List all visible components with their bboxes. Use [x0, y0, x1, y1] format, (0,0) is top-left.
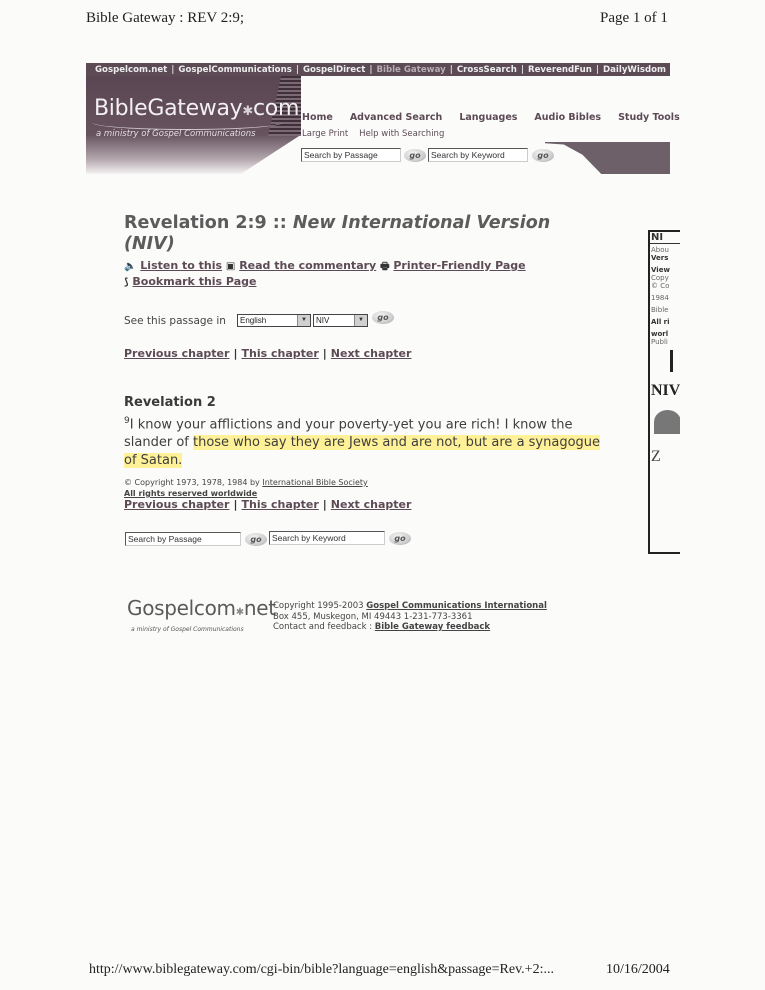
listen-link[interactable]: Listen to this	[140, 259, 222, 272]
speaker-icon: 🔈	[124, 261, 136, 272]
network-link-gospelcom[interactable]: Gospelcom.net	[95, 65, 167, 75]
verse-text-highlighted: those who say they are Jews and are not,…	[124, 435, 600, 468]
commentary-link[interactable]: Read the commentary	[239, 259, 376, 272]
network-link-gospelcommunications[interactable]: GospelCommunications	[178, 65, 291, 75]
footer-address: Box 455, Muskegon, MI 49443 1-231-773-33…	[273, 612, 473, 622]
ibs-link[interactable]: International Bible Society	[262, 478, 367, 487]
separator: |	[323, 347, 327, 360]
footer-passage-search-input[interactable]: Search by Passage	[125, 532, 241, 546]
globe-icon[interactable]	[654, 410, 680, 434]
sidebar-line: Abou	[650, 246, 680, 254]
header-keyword-go-button[interactable]: go	[532, 149, 554, 162]
print-header-page: Page 1 of 1	[600, 10, 668, 27]
print-footer-date: 10/16/2004	[606, 962, 670, 978]
network-link-biblegateway[interactable]: Bible Gateway	[376, 65, 445, 75]
header-band	[545, 142, 670, 174]
sub-nav: Large Print Help with Searching	[302, 129, 444, 139]
nav-advanced-search[interactable]: Advanced Search	[350, 112, 442, 123]
footer-keyword-search-input[interactable]: Search by Keyword	[269, 531, 385, 545]
header-passage-search-input[interactable]: Search by Passage	[301, 148, 401, 162]
footer-info: Copyright 1995-2003 Gospel Communication…	[273, 601, 547, 633]
separator: |	[233, 347, 237, 360]
sidebar-line: Bible	[650, 306, 680, 314]
logo-suffix: com	[253, 96, 299, 121]
nav-help-searching[interactable]: Help with Searching	[359, 129, 444, 139]
sidebar-line: Publi	[650, 338, 680, 346]
network-bar: Gospelcom.net| GospelCommunications| Gos…	[86, 63, 670, 76]
separator: |	[450, 65, 453, 75]
sidebar-line: Copy	[650, 274, 680, 282]
print-footer-url: http://www.biblegateway.com/cgi-bin/bibl…	[89, 962, 554, 978]
chapter-nav-top: Previous chapter|This chapter|Next chapt…	[124, 347, 411, 360]
bible-copyright: © Copyright 1973, 1978, 1984 by Internat…	[124, 477, 368, 499]
network-link-dailywisdom[interactable]: DailyWisdom	[603, 65, 666, 75]
passage-tools: 🔈 Listen to this ▣ Read the commentary 🖶…	[124, 258, 526, 290]
sidebar-line: worl	[650, 330, 680, 338]
page-title: Revelation 2:9 :: New International Vers…	[124, 213, 584, 255]
header-keyword-search-input[interactable]: Search by Keyword	[428, 148, 528, 162]
gospelcom-tagline: a ministry of Gospel Communications	[131, 626, 244, 633]
star-icon: ✱	[242, 104, 253, 119]
footer-passage-go-button[interactable]: go	[245, 533, 267, 546]
feedback-link[interactable]: Bible Gateway feedback	[375, 622, 490, 632]
footer-copyright: Copyright 1995-2003	[273, 601, 366, 611]
separator: |	[521, 65, 524, 75]
nav-home[interactable]: Home	[302, 112, 333, 123]
logo-text: BibleGateway	[94, 96, 242, 121]
niv-logo[interactable]: NIV	[650, 382, 680, 400]
version-info-sidebar: NI Abou Vers View Copy © Co 1984 Bible A…	[648, 230, 680, 554]
nav-languages[interactable]: Languages	[459, 112, 517, 123]
dropdown-arrow-icon: ▼	[297, 315, 310, 326]
footer-contact-label: Contact and feedback :	[273, 622, 375, 632]
network-link-crosssearch[interactable]: CrossSearch	[457, 65, 517, 75]
site-logo[interactable]: BibleGateway✱com	[94, 96, 299, 121]
sidebar-line[interactable]: View	[650, 266, 680, 274]
divider	[670, 350, 673, 372]
sidebar-line: All ri	[650, 318, 680, 326]
print-header-title: Bible Gateway : REV 2:9;	[86, 10, 244, 27]
main-nav: Home Advanced Search Languages Audio Bib…	[302, 112, 680, 123]
gci-link[interactable]: Gospel Communications International	[366, 601, 547, 611]
sidebar-line[interactable]: Vers	[650, 254, 680, 262]
separator: |	[369, 65, 372, 75]
bookmark-icon: ⟆	[124, 277, 129, 288]
chapter-nav-bottom: Previous chapter|This chapter|Next chapt…	[124, 498, 411, 511]
previous-chapter-link[interactable]: Previous chapter	[124, 498, 229, 511]
copyright-text: © Copyright 1973, 1978, 1984 by	[124, 478, 262, 487]
bookmark-link[interactable]: Bookmark this Page	[132, 275, 256, 288]
book-icon: ▣	[226, 261, 235, 272]
this-chapter-link[interactable]: This chapter	[241, 347, 318, 360]
rights-text: All rights reserved worldwide	[124, 489, 257, 498]
separator: |	[296, 65, 299, 75]
nav-study-tools[interactable]: Study Tools	[618, 112, 680, 123]
separator: |	[596, 65, 599, 75]
see-passage-label: See this passage in	[124, 315, 226, 327]
gospelcom-logo-text: Gospelcom	[127, 596, 236, 620]
chapter-heading: Revelation 2	[124, 395, 216, 410]
star-icon: ✱	[236, 607, 244, 618]
sidebar-title: NI	[650, 232, 680, 244]
network-link-reverendfun[interactable]: ReverendFun	[528, 65, 592, 75]
passage-go-button[interactable]: go	[372, 311, 394, 324]
separator: |	[233, 498, 237, 511]
verse-text: 9I know your afflictions and your povert…	[124, 412, 604, 470]
gospelcom-logo[interactable]: Gospelcom✱net	[127, 596, 276, 620]
language-select[interactable]: English▼	[237, 314, 311, 327]
printer-friendly-link[interactable]: Printer-Friendly Page	[393, 259, 525, 272]
version-select[interactable]: NIV▼	[313, 314, 368, 327]
next-chapter-link[interactable]: Next chapter	[331, 347, 412, 360]
version-select-value: NIV	[316, 316, 329, 325]
previous-chapter-link[interactable]: Previous chapter	[124, 347, 229, 360]
nav-audio-bibles[interactable]: Audio Bibles	[534, 112, 601, 123]
this-chapter-link[interactable]: This chapter	[241, 498, 318, 511]
printer-icon: 🖶	[380, 261, 389, 272]
logo-tagline: a ministry of Gospel Communications	[96, 129, 256, 139]
title-reference: Revelation 2:9 ::	[124, 213, 293, 233]
gospelcom-logo-suffix: net	[244, 596, 276, 620]
dropdown-arrow-icon: ▼	[354, 315, 367, 326]
zondervan-logo[interactable]: Z	[650, 448, 680, 466]
sidebar-line: © Co	[650, 282, 680, 290]
sidebar-line: 1984	[650, 294, 680, 302]
footer-keyword-go-button[interactable]: go	[389, 532, 411, 545]
next-chapter-link[interactable]: Next chapter	[331, 498, 412, 511]
language-select-value: English	[240, 316, 266, 325]
nav-large-print[interactable]: Large Print	[302, 129, 348, 139]
separator: |	[323, 498, 327, 511]
header-passage-go-button[interactable]: go	[404, 149, 426, 162]
separator: |	[171, 65, 174, 75]
network-link-gospeldirect[interactable]: GospelDirect	[303, 65, 365, 75]
